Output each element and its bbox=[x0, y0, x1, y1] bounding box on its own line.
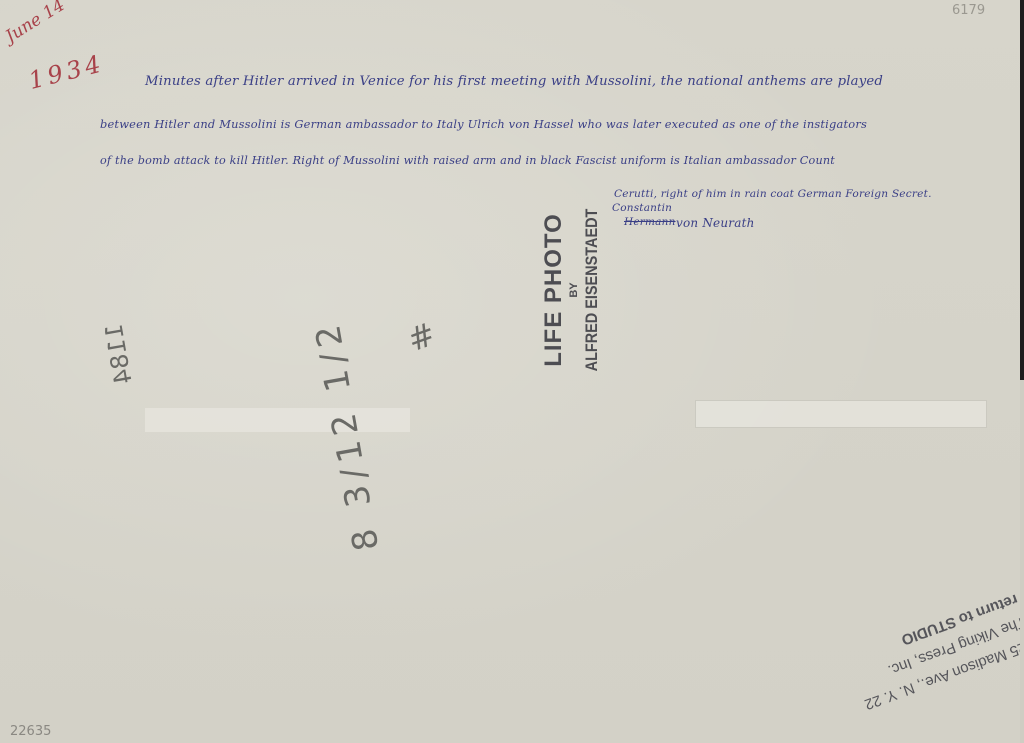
caption-line-3: of the bomb attack to kill Hitler. Right… bbox=[100, 154, 835, 167]
return-stamp: return to STUDIO The Viking Press, Inc. … bbox=[780, 567, 1024, 743]
caption-line-4: Cerutti, right of him in rain coat Germa… bbox=[614, 188, 932, 200]
caption-line-2: between Hitler and Mussolini is German a… bbox=[100, 117, 867, 131]
tape-residue-left bbox=[145, 408, 410, 432]
tape-residue-right bbox=[695, 400, 987, 428]
scan-edge-lower bbox=[1020, 380, 1024, 743]
caption-struck-name: Hermann bbox=[624, 216, 676, 228]
credit-stamp-line3: ALFRED EISENSTAEDT bbox=[582, 197, 602, 384]
caption-surname: von Neurath bbox=[676, 216, 755, 230]
bottom-corner-number: 22635 bbox=[10, 724, 51, 739]
photo-verso: June 14 1934 6179 Minutes after Hitler a… bbox=[0, 0, 1020, 743]
date-note-year: 1934 bbox=[26, 49, 108, 95]
credit-stamp: LIFE PHOTO BY ALFRED EISENSTAEDT bbox=[540, 180, 620, 400]
credit-stamp-line1: LIFE PHOTO bbox=[540, 180, 568, 400]
date-note-day: June 14 bbox=[2, 0, 68, 47]
pencil-number: 1184 bbox=[99, 321, 137, 386]
scan-edge bbox=[1020, 0, 1024, 380]
catalog-corner-number: 6179 bbox=[952, 3, 985, 18]
caption-inserted-name: Constantin bbox=[612, 202, 672, 214]
credit-stamp-line2: BY bbox=[568, 180, 580, 400]
pencil-symbol: # bbox=[402, 315, 440, 360]
pencil-fraction: 8 3/12 1/2 bbox=[307, 316, 387, 554]
caption-line-1: Minutes after Hitler arrived in Venice f… bbox=[145, 74, 883, 89]
